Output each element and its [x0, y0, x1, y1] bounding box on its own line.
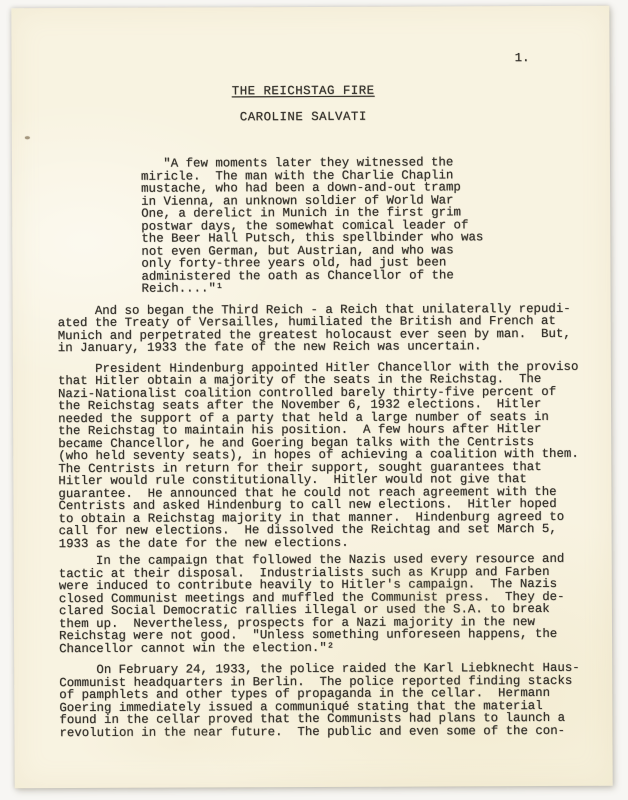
document-author: CAROLINE SALVATI	[57, 109, 550, 124]
text-line: Reich...."¹	[141, 281, 590, 295]
page-number: 1.	[57, 52, 530, 67]
document-page: 1. THE REICHSTAG FIRE CAROLINE SALVATI "…	[11, 6, 612, 789]
paragraph-2: President Hindenburg appointed Hitler Ch…	[58, 360, 592, 550]
paragraph-4: On February 24, 1933, the police raided …	[59, 662, 592, 739]
text-line: 1933 as the date for the new elections.	[59, 535, 592, 550]
paragraph-1: And so began the Third Reich - a Reich t…	[58, 302, 591, 354]
document-title: THE REICHSTAG FIRE	[232, 84, 375, 97]
document-header: THE REICHSTAG FIRE CAROLINE SALVATI	[57, 79, 550, 124]
text-line: in January, 1933 the fate of the new Rei…	[58, 340, 591, 355]
text-line: revolution in the near future. The publi…	[59, 724, 592, 739]
text-line: Chancellor cannot win the election."²	[59, 640, 592, 655]
paper-speck	[25, 136, 30, 139]
paragraph-3: In the campaign that followed the Nazis …	[59, 553, 592, 655]
block-quote: "A few moments later they witnessed them…	[141, 156, 591, 295]
